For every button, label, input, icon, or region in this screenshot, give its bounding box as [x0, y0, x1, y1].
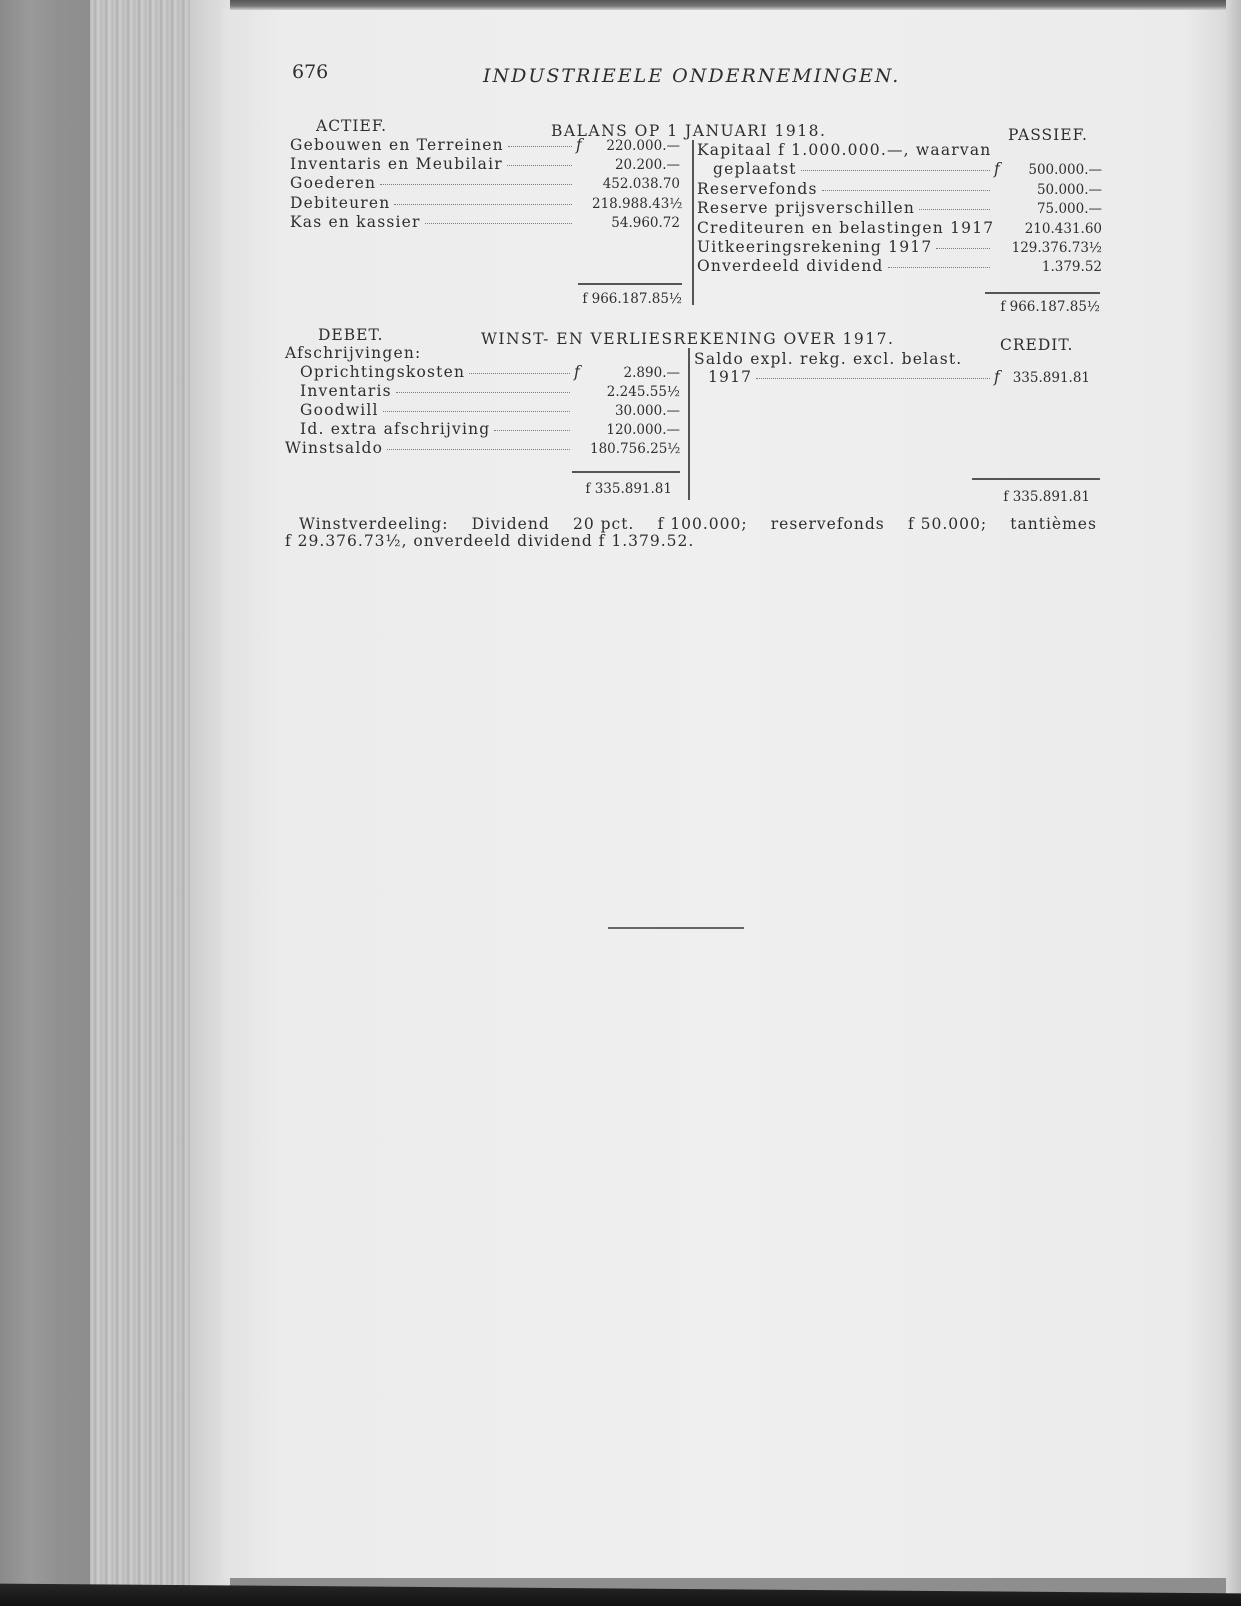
ledger-row: Reservefonds50.000.— [697, 180, 1102, 199]
ledger-row: geplaatstf500.000.— [713, 160, 1102, 179]
ledger-row: Crediteuren en belastingen 1917210.431.6… [697, 219, 1102, 238]
ledger-row: Inventaris en Meubilair20.200.— [290, 155, 680, 174]
leader-dots [888, 267, 991, 268]
ledger-row: Kapitaal f 1.000.000.—, waarvan [697, 141, 1102, 159]
debet-header: DEBET. [318, 326, 383, 344]
row-amount: 218.988.43½ [592, 195, 680, 213]
liabilities-total-rule [985, 292, 1100, 294]
assets-total: f 966.187.85½ [578, 290, 682, 308]
row-amount: 129.376.73½ [1010, 239, 1102, 257]
ledger-row: Kas en kassier54.960.72 [290, 213, 680, 232]
liabilities-total: f 966.187.85½ [985, 298, 1100, 316]
leader-dots [756, 378, 990, 379]
leader-dots [394, 204, 572, 205]
profit-loss-title: WINST- EN VERLIESREKENING OVER 1917. [481, 330, 894, 348]
ledger-row: 1917f335.891.81 [708, 368, 1090, 387]
currency-symbol: f [576, 136, 588, 154]
ledger-row: Goodwill30.000.— [300, 401, 680, 420]
row-label: Saldo expl. rekg. excl. belast. [694, 350, 962, 368]
row-label: Goodwill [300, 401, 379, 419]
distribution-word: f 50.000; [908, 516, 987, 533]
row-label: 1917 [708, 368, 752, 386]
row-amount: 500.000.— [1010, 161, 1102, 179]
credit-total: f 335.891.81 [972, 488, 1090, 506]
distribution-word: 20 pct. [573, 516, 634, 533]
ledger-row: Winstsaldo180.756.25½ [285, 439, 680, 458]
distribution-line-2: f 29.376.73½, onverdeeld dividend f 1.37… [285, 533, 1097, 550]
row-label: Inventaris en Meubilair [290, 155, 503, 173]
distribution-word: f 100.000; [658, 516, 748, 533]
distribution-word: Dividend [472, 516, 550, 533]
row-amount: 1.379.52 [1010, 258, 1102, 276]
row-amount: 2.890.— [590, 364, 680, 382]
row-amount: 120.000.— [590, 421, 680, 439]
leader-dots [822, 190, 990, 191]
ledger-row: Inventaris2.245.55½ [300, 382, 680, 401]
leader-dots [396, 392, 570, 393]
page-content: 676 INDUSTRIEELE ONDERNEMINGEN. ACTIEF. … [0, 0, 1241, 1606]
running-head: INDUSTRIEELE ONDERNEMINGEN. [483, 67, 900, 85]
ledger-row: Id. extra afschrijving120.000.— [300, 420, 680, 439]
row-label: Kas en kassier [290, 213, 421, 231]
row-amount: 210.431.60 [1017, 220, 1102, 238]
row-amount: 20.200.— [592, 156, 680, 174]
ledger-row: Onverdeeld dividend1.379.52 [697, 257, 1102, 276]
profit-distribution: Winstverdeeling:Dividend20 pct.f 100.000… [285, 516, 1097, 550]
row-label: Crediteuren en belastingen 1917 [697, 219, 994, 237]
actief-header: ACTIEF. [316, 117, 387, 135]
row-label: Oprichtingskosten [300, 363, 465, 381]
page-number: 676 [292, 63, 328, 81]
currency-symbol: f [994, 160, 1006, 178]
row-label: Reservefonds [697, 180, 818, 198]
row-amount: 50.000.— [1010, 181, 1102, 199]
distribution-word: tantièmes [1010, 516, 1097, 533]
row-amount: 2.245.55½ [590, 383, 680, 401]
row-label: Uitkeeringsrekening 1917 [697, 238, 932, 256]
profit-loss-divider [688, 348, 690, 500]
row-amount: 452.038.70 [592, 175, 680, 193]
ledger-row: Saldo expl. rekg. excl. belast. [694, 350, 1090, 368]
row-amount: 180.756.25½ [590, 440, 680, 458]
leader-dots [380, 184, 572, 185]
row-label: Onverdeeld dividend [697, 257, 884, 275]
distribution-line-1: Winstverdeeling:Dividend20 pct.f 100.000… [285, 516, 1097, 533]
row-amount: 54.960.72 [592, 214, 680, 232]
row-label: Kapitaal f 1.000.000.—, waarvan [697, 141, 991, 159]
row-label: Id. extra afschrijving [300, 420, 490, 438]
row-amount: 335.891.81 [1010, 369, 1090, 387]
row-label: Reserve prijsverschillen [697, 199, 915, 217]
row-label: Debiteuren [290, 194, 390, 212]
ledger-row: Uitkeeringsrekening 1917129.376.73½ [697, 238, 1102, 257]
leader-dots [387, 449, 570, 450]
row-label: Gebouwen en Terreinen [290, 136, 504, 154]
ledger-row: Debiteuren218.988.43½ [290, 194, 680, 213]
row-label: Inventaris [300, 382, 392, 400]
leader-dots [383, 411, 570, 412]
leader-dots [801, 170, 990, 171]
balance-divider [692, 140, 694, 305]
distribution-word: reservefonds [771, 516, 885, 533]
ledger-row: Goederen452.038.70 [290, 174, 680, 193]
assets-total-rule [578, 283, 682, 285]
credit-total-rule [972, 478, 1100, 480]
currency-symbol: f [574, 363, 586, 381]
leader-dots [507, 165, 572, 166]
leader-dots [936, 248, 990, 249]
leader-dots [919, 209, 990, 210]
section-separator-rule [608, 927, 744, 929]
leader-dots [508, 146, 572, 147]
currency-symbol: f [994, 368, 1006, 386]
row-label: Goederen [290, 174, 376, 192]
ledger-row: Oprichtingskostenf2.890.— [300, 363, 680, 382]
debit-total: f 335.891.81 [572, 480, 672, 498]
debit-total-rule [572, 471, 680, 473]
ledger-row: Reserve prijsverschillen75.000.— [697, 199, 1102, 218]
row-label: geplaatst [713, 160, 797, 178]
leader-dots [494, 430, 570, 431]
leader-dots [425, 223, 572, 224]
row-amount: 30.000.— [590, 402, 680, 420]
afschrijvingen-label: Afschrijvingen: [285, 344, 421, 362]
row-amount: 220.000.— [592, 137, 680, 155]
row-label: Winstsaldo [285, 439, 383, 457]
leader-dots [469, 373, 570, 374]
distribution-word: Winstverdeeling: [299, 516, 448, 533]
row-amount: 75.000.— [1010, 200, 1102, 218]
ledger-row: Gebouwen en Terreinenf220.000.— [290, 136, 680, 155]
